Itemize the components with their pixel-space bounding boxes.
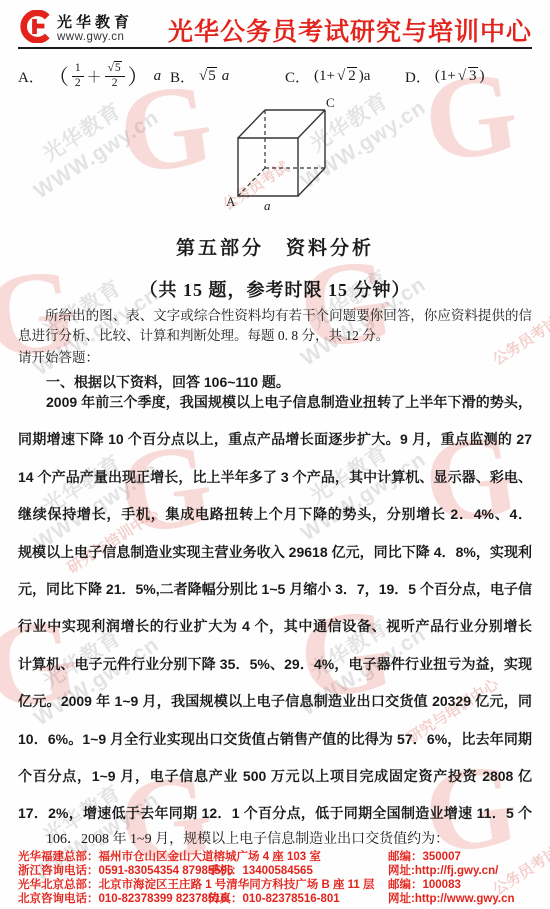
question-106: 106．2008 年 1~9 月，规模以上电子信息制造业出口交货值约为： [18,831,532,848]
footer-fax: 传真：010-82378516-801 [208,892,340,906]
footer-website: 网址:http://fj.gwy.cn/ [388,864,498,878]
option-c: C． (1+√2)a [285,54,370,98]
variable-a: a [154,68,162,85]
radicand: 3 [468,67,478,85]
sqrt-icon: √ [458,68,466,85]
denominator: 2 [72,77,84,91]
footer-phone: 浙江咨询电话：0591-83054354 87985596 [18,865,233,877]
page-header: 光华教育 www.gwy.cn 光华公务员考试研究与培训中心 [18,9,532,47]
passage: 2009 年前三个季度，我国规模以上电子信息制造业扭转了上半年下滑的势头，但比去… [18,384,532,833]
passage-line: 规模以上电子信息制造业实现主营业务收入 29618 亿元，同比下降 4．8%，实… [18,534,532,571]
denominator: 2 [109,77,121,91]
expression-suffix: ) [480,68,485,85]
passage-line: 10．6%。1~9 月全行业实现出口交货值占销售产值的比得为 57．6%，比去年… [18,721,532,758]
brand-logo: 光华教育 www.gwy.cn [18,10,133,48]
option-b-label: B． [170,66,195,87]
passage-line: 继续保持增长，手机，集成电路扭转上个月下降的势头，分别增长 2．4%、4．7%。… [18,496,532,533]
sqrt-icon: √ [108,62,114,74]
footer-address: 光华福建总部：福州市仓山区金山大道榕城广场 4 座 103 室 [18,851,321,863]
option-a: A． （ 1 2 ＋ √5 2 ） a [18,54,161,98]
radicand: 5 [207,67,217,84]
edge-label-a: a [264,198,271,213]
vertex-label-c: C [326,95,335,110]
answer-options-row: A． （ 1 2 ＋ √5 2 ） a B． √5 a C． (1+√2)a D… [18,54,540,98]
open-paren: （ [48,61,69,91]
passage-line: 行业中实现利润增长的行业扩大为 4 个，其中通信设备、视听产品行业分别增长 28… [18,608,532,645]
radicand: 2 [347,67,357,85]
passage-line: 14 个产品产量出现正增长，比上半年多了 3 个产品，其中计算机、显示器、彩电、… [18,459,532,496]
footer-row: 北京咨询电话：010-82378399 82378516 传真：010-8237… [18,892,544,906]
passage-line: 17．2%，增速低于去年同期 12．1 个百分点，低于同期全国制造业增速 11．… [18,795,532,832]
sqrt-expression: √5 [199,68,217,85]
option-b: B． √5 a [170,54,229,98]
passage-line: 计算机、电子元件行业分别下降 35．5%、29．4%，电子器件行业扭亏为益，实现… [18,646,532,683]
numerator: 1 [72,62,84,77]
numerator: √5 [105,62,125,77]
begin-prompt: 请开始答题： [18,348,532,368]
sqrt-icon: √ [199,68,207,84]
close-paren: ） [128,61,149,91]
footer-phone: 北京咨询电话：010-82378399 82378516 [18,893,227,905]
footer-mobile: 手机：13400584565 [208,864,313,878]
sqrt-icon: √ [337,68,345,85]
vertex-label-a: A [226,194,236,209]
passage-line: 同期增速下降 10 个百分点以上，重点产品增长面逐步扩大。9 月，重点监测的 2… [18,421,532,458]
header-divider [18,47,532,49]
option-a-label: A． [18,66,44,87]
document-page: G G G G G G G G G G 光华教育WWW.gwy.cn 光华教育W… [0,0,550,909]
passage-line: 亿元。2009 年 1~9 月，我国规模以上电子信息制造业出口交货值 20329… [18,683,532,720]
page-title: 光华公务员考试研究与培训中心 [168,12,532,48]
footer-row: 光华福建总部：福州市仓山区金山大道榕城广场 4 座 103 室 邮编：35000… [18,850,544,864]
footer-website: 网址:http://www.gwy.cn [388,892,515,906]
gwy-logo-icon [18,10,52,48]
footer-row: 浙江咨询电话：0591-83054354 87985596 手机：1340058… [18,864,544,878]
variable-a: a [222,68,230,85]
option-d: D． (1+√3) [405,54,485,98]
brand-name: 光华教育 [57,14,133,31]
brand-url: www.gwy.cn [57,31,133,44]
passage-line: 个百分点，1~9 月，电子信息产业 500 万元以上项目完成固定资产投资 280… [18,758,532,795]
expression-suffix: )a [359,68,371,85]
option-c-label: C． [285,66,310,87]
footer-contact-block: 光华福建总部：福州市仓山区金山大道榕城广场 4 座 103 室 邮编：35000… [18,850,544,906]
instructions-block: 所给出的图、表、文字或综合性资料均有若干个问题要你回答，你应资料提供的信息进行分… [18,306,532,392]
fraction-sqrt5-over-2: √5 2 [105,62,125,91]
radicand: 5 [114,61,122,74]
footer-row: 光华北京总部：北京市海淀区王庄路 1 号清华同方科技广场 B 座 11 层 邮编… [18,878,544,892]
brand-text: 光华教育 www.gwy.cn [57,14,133,44]
passage-line: 元，同比下降 21．5%,二者降幅分别比 1~5 月缩小 3．7，19．5 个百… [18,571,532,608]
footer-postcode: 邮编：100083 [388,878,461,892]
option-d-label: D． [405,66,431,87]
plus-sign: ＋ [87,66,102,87]
expression-prefix: (1+ [435,68,456,85]
expression-prefix: (1+ [314,68,335,85]
footer-address: 光华北京总部：北京市海淀区王庄路 1 号清华同方科技广场 B 座 11 层 [18,879,375,891]
part-title: 第五部分 资料分析 [0,233,550,260]
cube-figure: A C a [0,96,550,214]
instructions-paragraph: 所给出的图、表、文字或综合性资料均有若干个问题要你回答，你应资料提供的信息进行分… [18,306,532,346]
section-subtitle: （共 15 题，参考时限 15 分钟） [0,276,550,302]
footer-postcode: 邮编：350007 [388,850,461,864]
passage-line: 2009 年前三个季度，我国规模以上电子信息制造业扭转了上半年下滑的势头，但比去… [18,384,532,421]
fraction-one-half: 1 2 [72,62,84,91]
